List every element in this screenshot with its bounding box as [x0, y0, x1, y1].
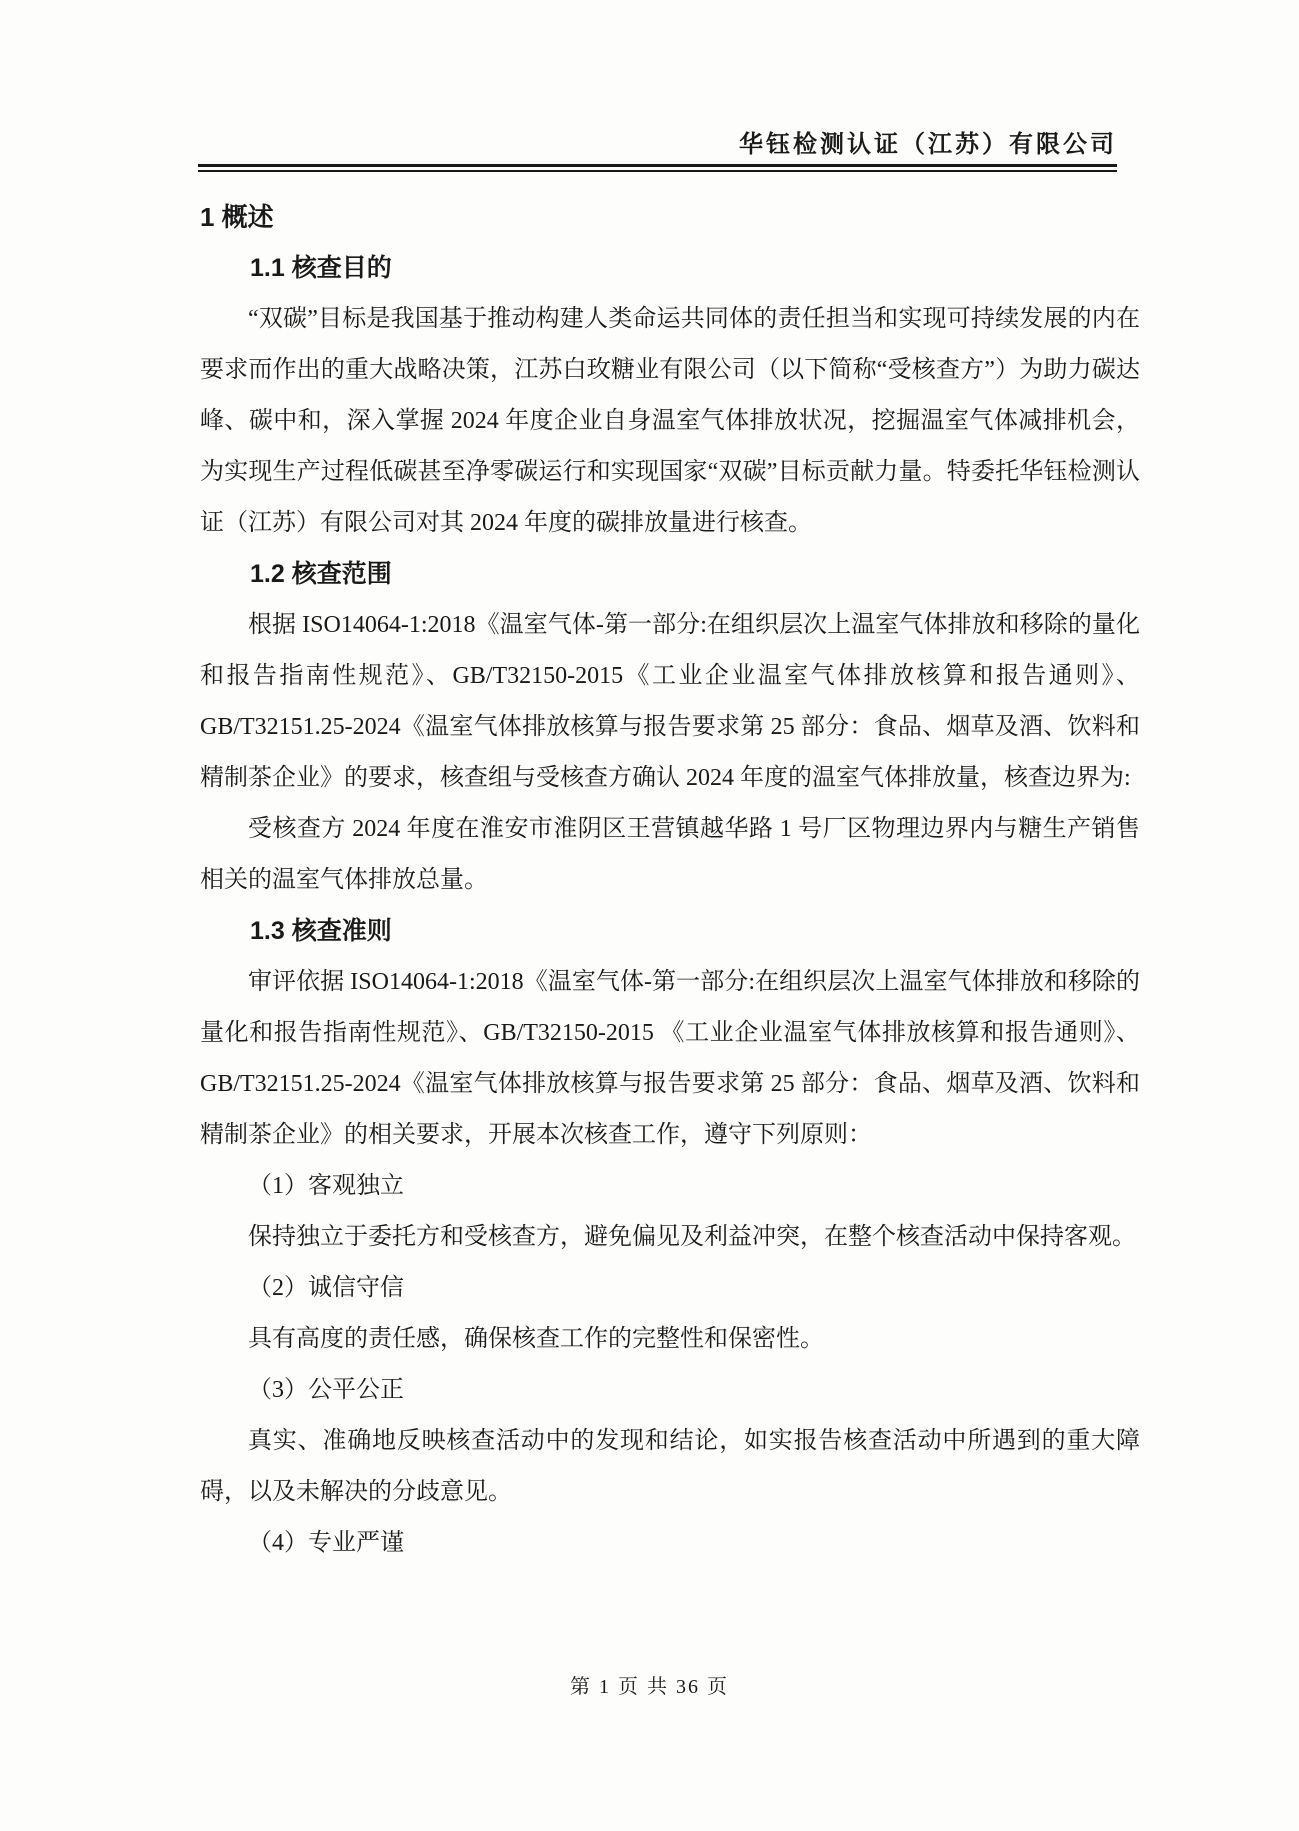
page-number-label: 第 1 页 共 36 页 — [570, 1676, 729, 1698]
document-body: 1 概述 1.1 核查目的 “双碳”目标是我国基于推动构建人类命运共同体的责任担… — [200, 192, 1140, 1569]
paragraph-purpose: “双碳”目标是我国基于推动构建人类命运共同体的责任担当和实现可持续发展的内在要求… — [200, 294, 1140, 549]
paragraph-scope-standards: 根据 ISO14064-1:2018《温室气体-第一部分:在组织层次上温室气体排… — [200, 600, 1140, 804]
principle-2-description: 具有高度的责任感，确保核查工作的完整性和保密性。 — [200, 1314, 1140, 1365]
section-heading-overview: 1 概述 — [200, 192, 1140, 243]
principle-2-title: （2）诚信守信 — [200, 1263, 1140, 1314]
paragraph-criteria-standards: 审评依据 ISO14064-1:2018《温室气体-第一部分:在组织层次上温室气… — [200, 957, 1140, 1161]
subsection-heading-criteria: 1.3 核查准则 — [200, 906, 1140, 957]
paragraph-scope-boundary: 受核查方 2024 年度在淮安市淮阴区王营镇越华路 1 号厂区物理边界内与糖生产… — [200, 804, 1140, 906]
page-footer: 第 1 页 共 36 页 — [0, 1670, 1299, 1699]
document-page: 华钰检测认证（江苏）有限公司 1 概述 1.1 核查目的 “双碳”目标是我国基于… — [0, 0, 1299, 1831]
subsection-heading-scope: 1.2 核查范围 — [200, 549, 1140, 600]
principle-1-description: 保持独立于委托方和受核查方，避免偏见及利益冲突，在整个核查活动中保持客观。 — [200, 1212, 1140, 1263]
header-double-rule — [198, 164, 1117, 172]
page-header: 华钰检测认证（江苏）有限公司 — [198, 124, 1117, 172]
subsection-heading-purpose: 1.1 核查目的 — [200, 243, 1140, 294]
principle-3-description: 真实、准确地反映核查活动中的发现和结论，如实报告核查活动中所遇到的重大障碍，以及… — [200, 1416, 1140, 1518]
principle-1-title: （1）客观独立 — [200, 1161, 1140, 1212]
principle-4-title: （4）专业严谨 — [200, 1518, 1140, 1569]
principle-3-title: （3）公平公正 — [200, 1365, 1140, 1416]
header-company-name: 华钰检测认证（江苏）有限公司 — [198, 124, 1117, 159]
